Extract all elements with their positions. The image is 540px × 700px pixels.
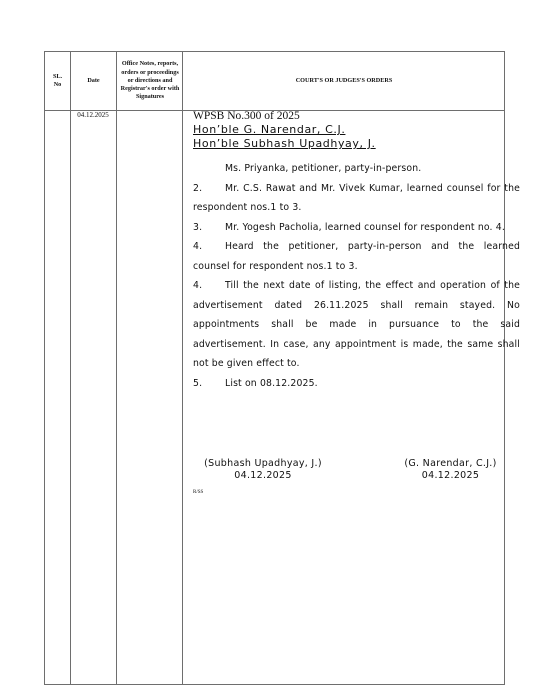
- order-paragraph: 5.List on 08.12.2025.: [193, 374, 520, 394]
- paragraph-number: 2.: [193, 179, 225, 199]
- signature-judge: (Subhash Upadhyay, J.) 04.12.2025: [193, 458, 333, 482]
- signature-name: (G. Narendar, C.J.): [388, 458, 513, 470]
- column-divider: [70, 52, 71, 684]
- order-paragraph: 4.Till the next date of listing, the eff…: [193, 276, 520, 374]
- signature-date: 04.12.2025: [388, 470, 513, 482]
- paragraph-number: 4.: [193, 276, 225, 296]
- paragraph-number: 5.: [193, 374, 225, 394]
- judge-name: Hon’ble Subhash Upadhyay, J.: [193, 137, 520, 151]
- header-sl-no: SL. No: [45, 52, 70, 110]
- signature-name: (Subhash Upadhyay, J.): [193, 458, 333, 470]
- order-paragraph: 2.Mr. C.S. Rawat and Mr. Vivek Kumar, le…: [193, 179, 520, 218]
- signature-chief-justice: (G. Narendar, C.J.) 04.12.2025: [388, 458, 513, 482]
- column-divider: [116, 52, 117, 684]
- header-office-notes: Office Notes, reports, orders or proceed…: [119, 52, 181, 110]
- typist-initials: R/SS: [193, 490, 203, 495]
- order-date: 04.12.2025: [71, 111, 115, 119]
- header-orders: COURT'S OR JUDGES'S ORDERS: [183, 52, 505, 110]
- order-paragraph: 3.Mr. Yogesh Pacholia, learned counsel f…: [193, 218, 520, 238]
- judge-name: Hon’ble G. Narendar, C.J.: [193, 123, 520, 137]
- order-paragraph: 4.Heard the petitioner, party-in-person …: [193, 237, 520, 276]
- order-body: WPSB No.300 of 2025 Hon’ble G. Narendar,…: [193, 110, 520, 393]
- signature-date: 04.12.2025: [193, 470, 333, 482]
- column-divider: [182, 52, 183, 684]
- order-paragraph: Ms. Priyanka, petitioner, party-in-perso…: [193, 159, 520, 179]
- header-date: Date: [71, 52, 116, 110]
- paragraph-number: 3.: [193, 218, 225, 238]
- paragraph-number: 4.: [193, 237, 225, 257]
- case-number: WPSB No.300 of 2025: [193, 110, 520, 123]
